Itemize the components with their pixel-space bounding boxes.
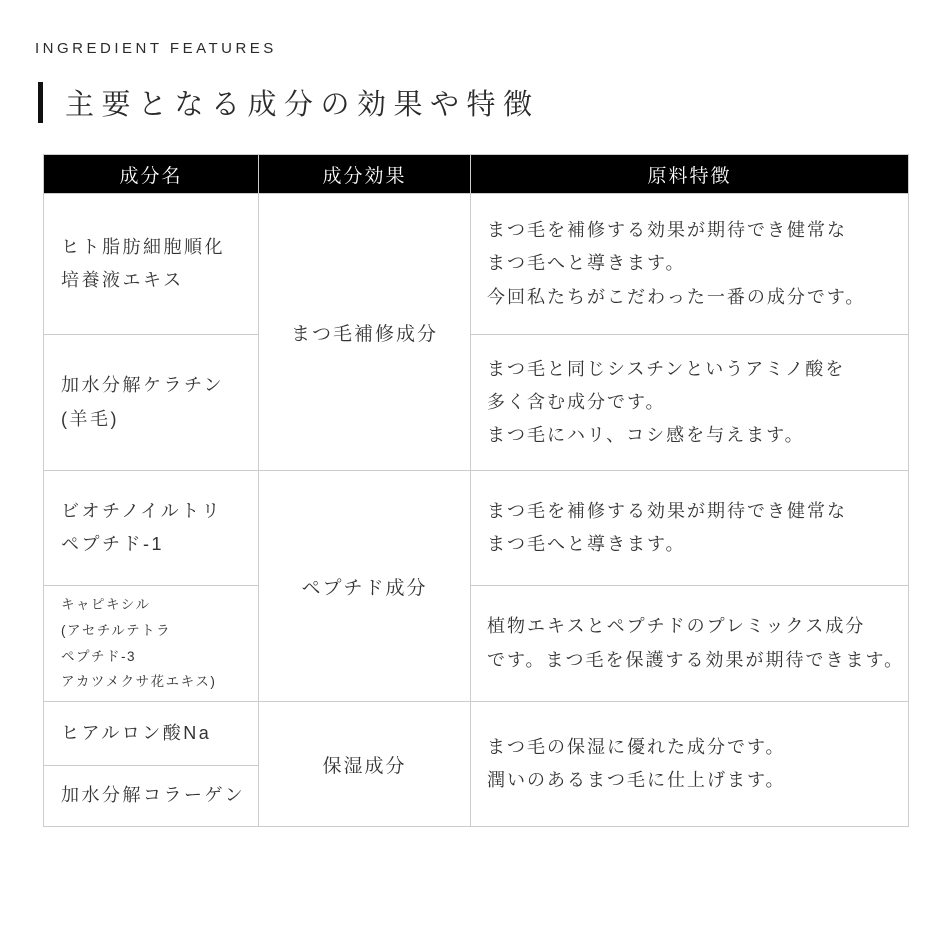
column-header-ingredient-effect: 成分効果	[259, 155, 471, 194]
table-header-row: 成分名 成分効果 原料特徴	[44, 155, 909, 194]
ingredient-name-cell: キャピキシル (アセチルテトラ ペプチド-3 アカツメクサ花エキス)	[44, 586, 259, 702]
page: INGREDIENT FEATURES 主要となる成分の効果や特徴 成分名 成分…	[0, 0, 950, 950]
table-row: ビオチノイルトリ ペプチド-1 ペプチド成分 まつ毛を補修する効果が期待でき健常…	[44, 471, 909, 586]
effect-cell: ペプチド成分	[259, 471, 471, 702]
ingredient-name-cell: ヒト脂肪細胞順化 培養液エキス	[44, 194, 259, 335]
column-header-material-features: 原料特徴	[471, 155, 909, 194]
effect-cell: 保湿成分	[259, 702, 471, 827]
eyebrow-label: INGREDIENT FEATURES	[35, 40, 277, 57]
feature-cell: まつ毛の保湿に優れた成分です。 潤いのあるまつ毛に仕上げます。	[471, 702, 909, 827]
title-block: 主要となる成分の効果や特徴	[38, 82, 540, 123]
feature-cell: まつ毛と同じシスチンというアミノ酸を 多く含む成分です。 まつ毛にハリ、コシ感を…	[471, 335, 909, 471]
feature-cell: 植物エキスとペプチドのプレミックス成分 です。まつ毛を保護する効果が期待できます…	[471, 586, 909, 702]
table-row: ヒアルロン酸Na 保湿成分 まつ毛の保湿に優れた成分です。 潤いのあるまつ毛に仕…	[44, 702, 909, 766]
ingredient-table: 成分名 成分効果 原料特徴 ヒト脂肪細胞順化 培養液エキス まつ毛補修成分 まつ…	[43, 154, 909, 827]
ingredient-name-cell: ビオチノイルトリ ペプチド-1	[44, 471, 259, 586]
page-title: 主要となる成分の効果や特徴	[65, 82, 540, 123]
effect-cell: まつ毛補修成分	[259, 194, 471, 471]
feature-cell: まつ毛を補修する効果が期待でき健常な まつ毛へと導きます。 今回私たちがこだわっ…	[471, 194, 909, 335]
table-row: キャピキシル (アセチルテトラ ペプチド-3 アカツメクサ花エキス) 植物エキス…	[44, 586, 909, 702]
table-row: ヒト脂肪細胞順化 培養液エキス まつ毛補修成分 まつ毛を補修する効果が期待でき健…	[44, 194, 909, 335]
ingredient-name-cell: ヒアルロン酸Na	[44, 702, 259, 766]
feature-cell: まつ毛を補修する効果が期待でき健常な まつ毛へと導きます。	[471, 471, 909, 586]
ingredient-name-cell: 加水分解コラーゲン	[44, 766, 259, 827]
ingredient-name-cell: 加水分解ケラチン (羊毛)	[44, 335, 259, 471]
title-accent-bar	[38, 82, 43, 123]
column-header-ingredient-name: 成分名	[44, 155, 259, 194]
table-row: 加水分解ケラチン (羊毛) まつ毛と同じシスチンというアミノ酸を 多く含む成分で…	[44, 335, 909, 471]
